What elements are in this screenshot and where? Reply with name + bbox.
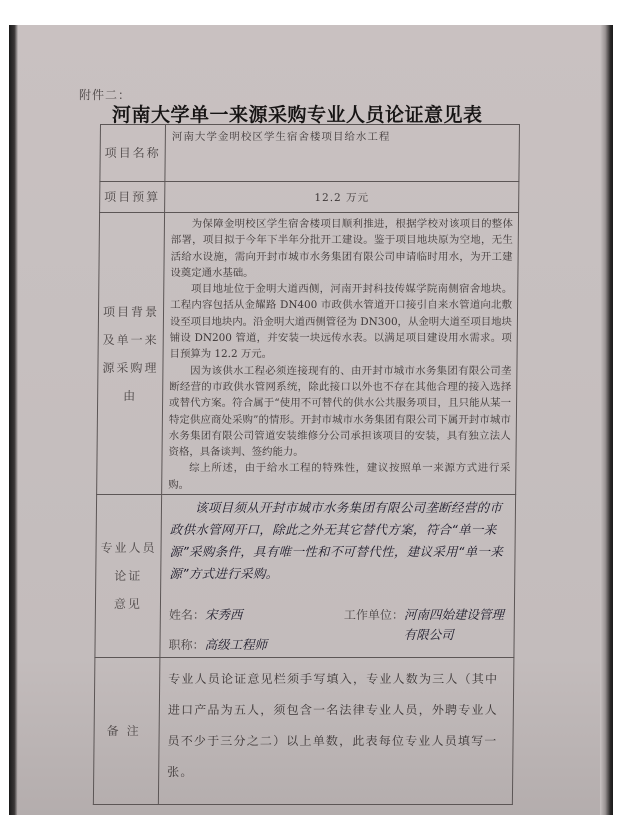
expert-opinion-label: 专业人员 论证 意见 bbox=[95, 495, 162, 658]
expert-opinion-label-line: 意见 bbox=[96, 590, 160, 618]
row-remarks: 备注 专业人员论证意见栏须手写填入，专业人数为三人（其中进口产品为五人，须包含一… bbox=[93, 658, 514, 805]
expert-name-signature: 宋秀西 bbox=[205, 607, 243, 622]
row-project-budget: 项目预算 12.2 万元 bbox=[100, 182, 519, 213]
expert-title-label: 职称： bbox=[168, 638, 204, 652]
work-unit-value-line2: 有限公司 bbox=[404, 625, 514, 643]
background-paragraph: 项目地址位于金明大道西侧，河南开封科技传媒学院南侧宿舍地块。工程内容包括从金耀路… bbox=[170, 281, 513, 362]
document-title: 河南大学单一来源采购专业人员论证意见表 bbox=[112, 100, 483, 127]
background-paragraph: 综上所述，由于给水工程的特殊性，建议按照单一来源方式进行采购。 bbox=[168, 460, 510, 493]
remarks-label: 备注 bbox=[93, 658, 160, 805]
handwritten-opinion: 该项目须从开封市城市水务集团有限公司垄断经营的市政供水管网开口，除此之外无其它替… bbox=[169, 497, 509, 585]
expert-name-label: 姓名： bbox=[169, 608, 205, 622]
background-paragraph: 为保障金明校区学生宿舍楼项目顺利推进，根据学校对该项目的整体部署，项目拟于今年下… bbox=[170, 216, 513, 281]
expert-opinion-label-line: 论证 bbox=[96, 562, 160, 590]
expert-opinion-cell: 该项目须从开封市城市水务集团有限公司垄断经营的市政供水管网开口，除此之外无其它替… bbox=[160, 495, 516, 658]
background-label-line: 由 bbox=[98, 382, 162, 410]
row-project-name: 项目名称 河南大学金明校区学生宿舍楼项目给水工程 bbox=[100, 125, 520, 182]
photo-edge-right bbox=[600, 25, 613, 815]
expert-title-field: 职称：高级工程师 bbox=[168, 635, 267, 653]
background-label: 项目背景 及单一来 源采购理 由 bbox=[97, 213, 165, 495]
opinion-form-table: 项目名称 河南大学金明校区学生宿舍楼项目给水工程 项目预算 12.2 万元 项目… bbox=[93, 124, 520, 805]
remarks-text: 专业人员论证意见栏须手写填入，专业人数为三人（其中进口产品为五人，须包含一名法律… bbox=[158, 658, 514, 805]
background-label-line: 源采购理 bbox=[98, 354, 162, 382]
project-name-value: 河南大学金明校区学生宿舍楼项目给水工程 bbox=[165, 125, 520, 182]
row-background: 项目背景 及单一来 源采购理 由 为保障金明校区学生宿舍楼项目顺利推进，根据学校… bbox=[97, 213, 519, 495]
expert-name-field: 姓名：宋秀西 bbox=[169, 605, 243, 623]
background-text: 为保障金明校区学生宿舍楼项目顺利推进，根据学校对该项目的整体部署，项目拟于今年下… bbox=[162, 213, 519, 495]
work-unit-label: 工作单位： bbox=[344, 608, 404, 622]
project-budget-value: 12.2 万元 bbox=[165, 182, 519, 213]
work-unit-field: 工作单位：河南四始建设管理 有限公司 bbox=[344, 605, 514, 643]
project-budget-label: 项目预算 bbox=[100, 182, 165, 213]
expert-title-value: 高级工程师 bbox=[204, 637, 267, 652]
row-expert-opinion: 专业人员 论证 意见 该项目须从开封市城市水务集团有限公司垄断经营的市政供水管网… bbox=[95, 495, 516, 658]
expert-opinion-label-line: 专业人员 bbox=[96, 534, 160, 562]
project-name-label: 项目名称 bbox=[100, 125, 166, 182]
work-unit-value-line1: 河南四始建设管理 bbox=[404, 607, 504, 622]
photo-edge-left bbox=[9, 25, 18, 815]
background-label-line: 项目背景 bbox=[99, 298, 163, 326]
background-label-line: 及单一来 bbox=[99, 326, 163, 354]
background-paragraph: 因为该供水工程必须连接现有的、由开封市城市水务集团有限公司垄断经营的市政供水管网… bbox=[168, 363, 511, 461]
